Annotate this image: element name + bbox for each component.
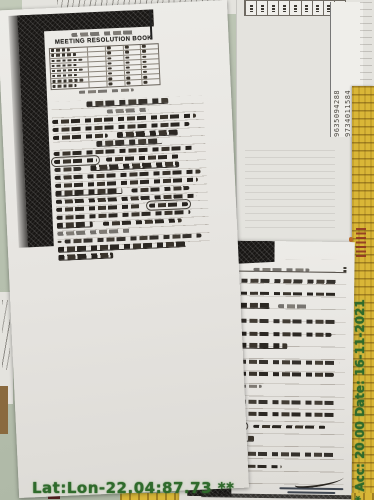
red-label-marks [356, 228, 366, 258]
photo-canvas: 9635094288 9734011584 9434943300 [0, 0, 374, 500]
handwritten-section [51, 95, 210, 254]
grid-cell [278, 1, 289, 15]
table-footer-label [78, 88, 133, 94]
table-cell [124, 80, 142, 85]
sliver-text-marks [2, 300, 10, 370]
grid-cell [289, 1, 300, 15]
resolution-table [49, 43, 161, 90]
phone-number: 9734011584 [344, 2, 352, 137]
faint-print-lines [245, 150, 335, 230]
gps-watermark-side: * Acc: 20.00 Date: 16-11-2021 [353, 299, 367, 500]
orange-speck [349, 237, 353, 242]
page-number-mark [343, 267, 346, 272]
header-center-title [253, 267, 309, 271]
resolution-table-rows [50, 44, 160, 89]
grid-cell [312, 1, 323, 15]
gps-watermark-bottom: Lat:Lon-22.04:87.73 ** [32, 479, 234, 497]
table-cell [89, 82, 107, 87]
grid-cell [245, 1, 256, 15]
phone-number: 9635094288 [333, 2, 341, 137]
sheet1-photocopy: MEETING RESOLUTION BOOK [0, 0, 249, 498]
grid-cell [267, 1, 278, 15]
grid-cell [301, 1, 312, 15]
table-cell [51, 83, 88, 89]
form-header: MEETING RESOLUTION BOOK [48, 29, 161, 100]
grid-cell [256, 1, 267, 15]
office-stamp [279, 486, 343, 494]
table-cell [106, 81, 124, 86]
wood-strip [0, 386, 8, 434]
table-cell [142, 80, 160, 85]
